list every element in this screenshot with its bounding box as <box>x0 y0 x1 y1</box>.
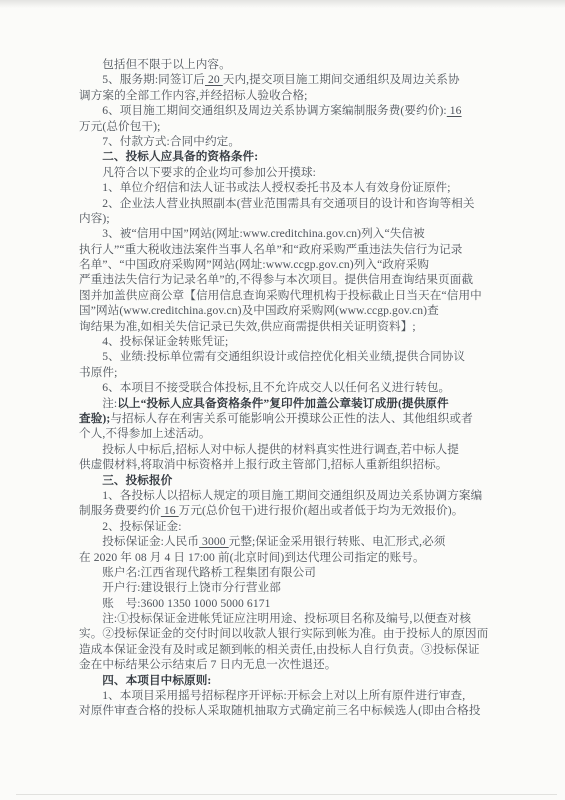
bold-text: 二、投标人应具备的资格条件: <box>102 150 258 163</box>
text-line: 在 2020 年 08 月 4 日 17:00 前(北京时间)到达代理公司指定的… <box>79 550 500 565</box>
text-run: 1、单位介绍信和法人证书或法人授权委托书及本人有效身份证原件; <box>102 181 450 194</box>
text-run: 天内,提交项目施工期间交通组织及周边关系协 <box>223 73 460 86</box>
text-line: 名单”、“中国政府采购网”网站(网址:www.ccgp.gov.cn)列入“政府… <box>79 257 500 272</box>
text-line: 6、本项目不接受联合体投标,且不允许成交人以任何名义进行转包。 <box>79 380 500 395</box>
text-line: 金在中标结果公示结束后 7 日内无息一次性退还。 <box>79 657 500 672</box>
text-line: 注:以上“投标人应具备资格条件”复印件加盖公章装订成册(提供原件 <box>79 396 500 411</box>
text-run: 询结果为准,如相关失信记录已失效,供应商需提供相关证明资料】; <box>79 320 416 333</box>
text-run: 账户名:江西省现代路桥工程集团有限公司 <box>102 566 316 579</box>
text-run: 万元(总价包干)进行报价(超出或者低于均为无效报价)。 <box>179 504 464 517</box>
text-line: 执行人”“重大税收违法案件当事人名单”和“政府采购严重违法失信行为记录 <box>79 242 500 257</box>
underlined-value: 3000 <box>199 535 229 548</box>
bold-text: 查验); <box>79 412 110 425</box>
bold-text: 三、投标报价 <box>102 474 172 487</box>
text-run: 元整;保证金采用银行转账、电汇形式,必须 <box>229 535 446 548</box>
text-line: 包括但不限于以上内容。 <box>79 57 500 72</box>
text-run: 对原件审查合格的投标人采取随机抽取方式确定前三名中标候选人(即由合格投 <box>79 704 481 717</box>
text-line: 实。②投标保证金的交付时间以收款人银行实际到帐为准。由于投标人的原因而 <box>79 626 500 641</box>
text-run: 严重违法失信行为记录名单”的,不得参与本次项目。提供信用查询结果页面截 <box>79 273 473 286</box>
text-line: 凡符合以下要求的企业均可参加公开摸球: <box>79 165 500 180</box>
text-line: 国”网站(www.creditchina.gov.cn)及中国政府采购网(www… <box>79 303 500 318</box>
text-line: 三、投标报价 <box>79 473 500 488</box>
text-line: 严重违法失信行为记录名单”的,不得参与本次项目。提供信用查询结果页面截 <box>79 272 500 287</box>
text-run: 1、各投标人以招标人规定的项目施工期间交通组织及周边关系协调方案编 <box>102 489 482 502</box>
text-line: 5、服务期:同签订后 20 天内,提交项目施工期间交通组织及周边关系协 <box>79 72 500 87</box>
underlined-value: 16 <box>447 104 462 117</box>
text-line: 万元(总价包干); <box>79 119 500 134</box>
text-run: 账 号:3600 1350 1000 5000 6171 <box>102 597 270 610</box>
bold-text: 以上“投标人应具备资格条件”复印件加盖公章装订成册(提供原件 <box>117 397 449 410</box>
text-line: 1、单位介绍信和法人证书或法人授权委托书及本人有效身份证原件; <box>79 180 500 195</box>
text-run: 7、付款方式:合同中约定。 <box>102 135 240 148</box>
text-run: 2、投标保证金: <box>102 520 181 533</box>
text-line: 询结果为准,如相关失信记录已失效,供应商需提供相关证明资料】; <box>79 319 500 334</box>
text-run: 投标人中标后,招标人对中标人提供的材料真实性进行调查,若中标人提 <box>102 443 459 456</box>
document-page: 包括但不限于以上内容。5、服务期:同签订后 20 天内,提交项目施工期间交通组织… <box>0 0 565 800</box>
text-line: 2、企业法人营业执照副本(营业范围需具有交通项目的设计和咨询等相关 <box>79 196 500 211</box>
text-line: 6、项目施工期间交通组织及周边关系协调方案编制服务费(要约价): 16 <box>79 103 500 118</box>
text-line: 2、投标保证金: <box>79 519 500 534</box>
text-line: 制服务费要约价 16 万元(总价包干)进行报价(超出或者低于均为无效报价)。 <box>79 503 500 518</box>
text-line: 供虚假材料,将取消中标资格并上报行政主管部门,招标人重新组织招标。 <box>79 457 500 472</box>
text-line: 造成本保证金没有及时或足额到帐的相关责任,由投标人自行负责。③投标保证 <box>79 642 500 657</box>
text-line: 查验);与招标人存在利害关系可能影响公开摸球公正性的法人、其他组织或者 <box>79 411 500 426</box>
text-run: 凡符合以下要求的企业均可参加公开摸球: <box>102 166 316 179</box>
text-line: 1、本项目采用摇号招标程序开评标:开标会上对以上所有原件进行审查, <box>79 688 500 703</box>
text-run: 调方案的全部工作内容,并经招标人验收合格; <box>79 89 308 102</box>
text-line: 4、投标保证金转账凭证; <box>79 334 500 349</box>
text-line: 账户名:江西省现代路桥工程集团有限公司 <box>79 565 500 580</box>
text-run: 名单”、“中国政府采购网”网站(网址:www.ccgp.gov.cn)列入“政府… <box>79 258 429 271</box>
text-run: 执行人”“重大税收违法案件当事人名单”和“政府采购严重违法失信行为记录 <box>79 243 463 256</box>
text-run: 内容); <box>79 212 110 225</box>
text-run: 与招标人存在利害关系可能影响公开摸球公正性的法人、其他组织或者 <box>110 412 473 425</box>
document-text: 包括但不限于以上内容。5、服务期:同签订后 20 天内,提交项目施工期间交通组织… <box>79 57 500 719</box>
text-run: 2、企业法人营业执照副本(营业范围需具有交通项目的设计和咨询等相关 <box>102 197 474 210</box>
text-run: 注:①投标保证金进帐凭证应注明用途、投标项目名称及编号,以便查对核 <box>102 612 471 625</box>
text-line: 调方案的全部工作内容,并经招标人验收合格; <box>79 88 500 103</box>
text-line: 图并加盖供应商公章【信用信息查询采购代理机构于投标截止日当天在“信用中 <box>79 288 500 303</box>
text-run: 开户行:建设银行上饶市分行营业部 <box>102 581 281 594</box>
text-line: 二、投标人应具备的资格条件: <box>79 149 500 164</box>
text-run: 供虚假材料,将取消中标资格并上报行政主管部门,招标人重新组织招标。 <box>79 458 448 471</box>
text-line: 个人,不得参加上述活动。 <box>79 426 500 441</box>
text-line: 3、被“信用中国”网站(网址:www.creditchina.gov.cn)列入… <box>79 226 500 241</box>
text-line: 账 号:3600 1350 1000 5000 6171 <box>79 596 500 611</box>
text-line: 7、付款方式:合同中约定。 <box>79 134 500 149</box>
text-line: 投标保证金:人民币 3000 元整;保证金采用银行转账、电汇形式,必须 <box>79 534 500 549</box>
text-line: 开户行:建设银行上饶市分行营业部 <box>79 580 500 595</box>
bold-text: 四、本项目中标原则: <box>102 674 211 687</box>
text-line: 5、业绩:投标单位需有交通组织设计或信控优化相关业绩,提供合同协议 <box>79 349 500 364</box>
text-line: 1、各投标人以招标人规定的项目施工期间交通组织及周边关系协调方案编 <box>79 488 500 503</box>
underlined-value: 16 <box>161 504 179 517</box>
scan-edge-artifact-bottom <box>16 794 557 795</box>
text-run: 实。②投标保证金的交付时间以收款人银行实际到帐为准。由于投标人的原因而 <box>79 627 488 640</box>
text-run: 国”网站(www.creditchina.gov.cn)及中国政府采购网(www… <box>79 304 439 317</box>
scan-edge-artifact-top <box>0 0 565 8</box>
text-run: 万元(总价包干); <box>79 120 160 133</box>
text-line: 内容); <box>79 211 500 226</box>
text-run: 造成本保证金没有及时或足额到帐的相关责任,由投标人自行负责。③投标保证 <box>79 643 480 656</box>
text-run: 包括但不限于以上内容。 <box>102 58 231 71</box>
text-run: 注: <box>102 397 117 410</box>
text-line: 投标人中标后,招标人对中标人提供的材料真实性进行调查,若中标人提 <box>79 442 500 457</box>
text-run: 5、服务期:同签订后 <box>102 73 205 86</box>
text-line: 书原件; <box>79 365 500 380</box>
text-line: 四、本项目中标原则: <box>79 673 500 688</box>
text-line: 注:①投标保证金进帐凭证应注明用途、投标项目名称及编号,以便查对核 <box>79 611 500 626</box>
text-run: 书原件; <box>79 366 117 379</box>
text-run: 6、本项目不接受联合体投标,且不允许成交人以任何名义进行转包。 <box>102 381 450 394</box>
text-run: 3、被“信用中国”网站(网址:www.creditchina.gov.cn)列入… <box>102 227 425 240</box>
text-run: 在 2020 年 08 月 4 日 17:00 前(北京时间)到达代理公司指定的… <box>79 551 425 564</box>
text-run: 5、业绩:投标单位需有交通组织设计或信控优化相关业绩,提供合同协议 <box>102 350 465 363</box>
text-run: 个人,不得参加上述活动。 <box>79 427 211 440</box>
text-run: 金在中标结果公示结束后 7 日内无息一次性退还。 <box>79 658 336 671</box>
text-run: 图并加盖供应商公章【信用信息查询采购代理机构于投标截止日当天在“信用中 <box>79 289 482 302</box>
text-run: 6、项目施工期间交通组织及周边关系协调方案编制服务费(要约价): <box>102 104 447 117</box>
text-run: 4、投标保证金转账凭证; <box>102 335 228 348</box>
text-run: 制服务费要约价 <box>79 504 161 517</box>
text-line: 对原件审查合格的投标人采取随机抽取方式确定前三名中标候选人(即由合格投 <box>79 703 500 718</box>
underlined-value: 20 <box>205 73 223 86</box>
text-run: 投标保证金:人民币 <box>102 535 199 548</box>
text-run: 1、本项目采用摇号招标程序开评标:开标会上对以上所有原件进行审查, <box>102 689 465 702</box>
